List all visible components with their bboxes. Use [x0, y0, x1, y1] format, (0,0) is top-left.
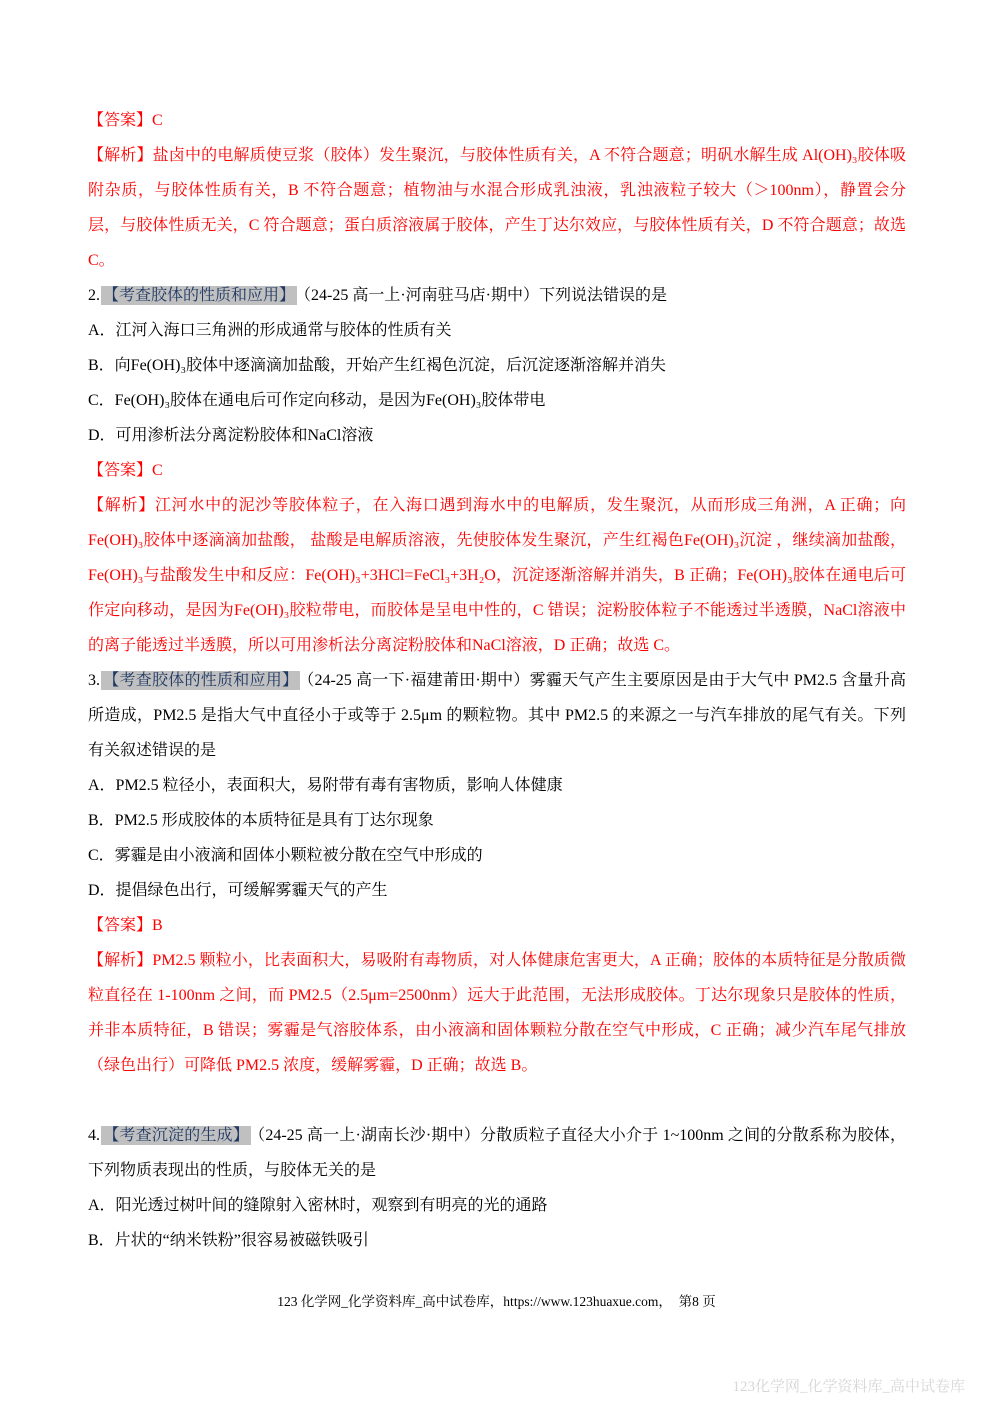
q3-number: 3. [88, 672, 100, 689]
question-1-solution: 【答案】C 【解析】盐卤中的电解质使豆浆（胶体）发生聚沉，与胶体性质有关，A 不… [88, 103, 906, 278]
q3-option-b: B．PM2.5 形成胶体的本质特征是具有丁达尔现象 [88, 803, 906, 838]
question-2: 2.【考查胶体的性质和应用】（24-25 高一上·河南驻马店·期中）下列说法错误… [88, 278, 906, 663]
page-footer: 123 化学网_化学资料库_高中试卷库，https://www.123huaxu… [0, 1290, 993, 1310]
q4-exam-point-tag: 【考查沉淀的生成】 [101, 1126, 251, 1145]
q2-option-b: B．向Fe(OH)₃胶体中逐滴滴加盐酸，开始产生红褐色沉淀，后沉淀逐渐溶解并消失 [88, 348, 906, 383]
q4-stem: 4.【考查沉淀的生成】（24-25 高一上·湖南长沙·期中）分散质粒子直径大小介… [88, 1118, 906, 1188]
q2-option-c: C．Fe(OH)₃胶体在通电后可作定向移动，是因为Fe(OH)₃胶体带电 [88, 383, 906, 418]
q4-option-a: A．阳光透过树叶间的缝隙射入密林时，观察到有明亮的光的通路 [88, 1188, 906, 1223]
q1-answer-line: 【答案】C [88, 103, 906, 138]
q3-answer-line: 【答案】B [88, 908, 906, 943]
q3-analysis-paragraph: 【解析】PM2.5 颗粒小，比表面积大，易吸附有毒物质，对人体健康危害更大，A … [88, 943, 906, 1083]
q2-number: 2. [88, 287, 100, 304]
q3-exam-point-tag: 【考查胶体的性质和应用】 [101, 671, 300, 690]
q3-stem: 3.【考查胶体的性质和应用】（24-25 高一下·福建莆田·期中）雾霾天气产生主… [88, 663, 906, 768]
q2-exam-point-tag: 【考查胶体的性质和应用】 [101, 286, 297, 305]
document-page: 【答案】C 【解析】盐卤中的电解质使豆浆（胶体）发生聚沉，与胶体性质有关，A 不… [0, 0, 993, 1404]
document-content: 【答案】C 【解析】盐卤中的电解质使豆浆（胶体）发生聚沉，与胶体性质有关，A 不… [88, 103, 906, 1258]
q2-stem-text: （24-25 高一上·河南驻马店·期中）下列说法错误的是 [303, 287, 667, 304]
site-watermark: 123化学网_化学资料库_高中试卷库 [732, 1375, 965, 1396]
q3-option-a: A．PM2.5 粒径小，表面积大，易附带有毒有害物质，影响人体健康 [88, 768, 906, 803]
q2-option-d: D．可用渗析法分离淀粉胶体和NaCl溶液 [88, 418, 906, 453]
question-3: 3.【考查胶体的性质和应用】（24-25 高一下·福建莆田·期中）雾霾天气产生主… [88, 663, 906, 1083]
q2-answer-line: 【答案】C [88, 453, 906, 488]
q1-analysis-paragraph: 【解析】盐卤中的电解质使豆浆（胶体）发生聚沉，与胶体性质有关，A 不符合题意；明… [88, 138, 906, 278]
q3-option-c: C．雾霾是由小液滴和固体小颗粒被分散在空气中形成的 [88, 838, 906, 873]
q2-analysis-paragraph: 【解析】江河水中的泥沙等胶体粒子，在入海口遇到海水中的电解质，发生聚沉，从而形成… [88, 488, 906, 663]
q4-number: 4. [88, 1127, 100, 1144]
q4-option-b: B．片状的“纳米铁粉”很容易被磁铁吸引 [88, 1223, 906, 1258]
q2-stem: 2.【考查胶体的性质和应用】（24-25 高一上·河南驻马店·期中）下列说法错误… [88, 278, 906, 313]
question-4: 4.【考查沉淀的生成】（24-25 高一上·湖南长沙·期中）分散质粒子直径大小介… [88, 1118, 906, 1258]
q2-option-a: A．江河入海口三角洲的形成通常与胶体的性质有关 [88, 313, 906, 348]
q3-option-d: D．提倡绿色出行，可缓解雾霾天气的产生 [88, 873, 906, 908]
